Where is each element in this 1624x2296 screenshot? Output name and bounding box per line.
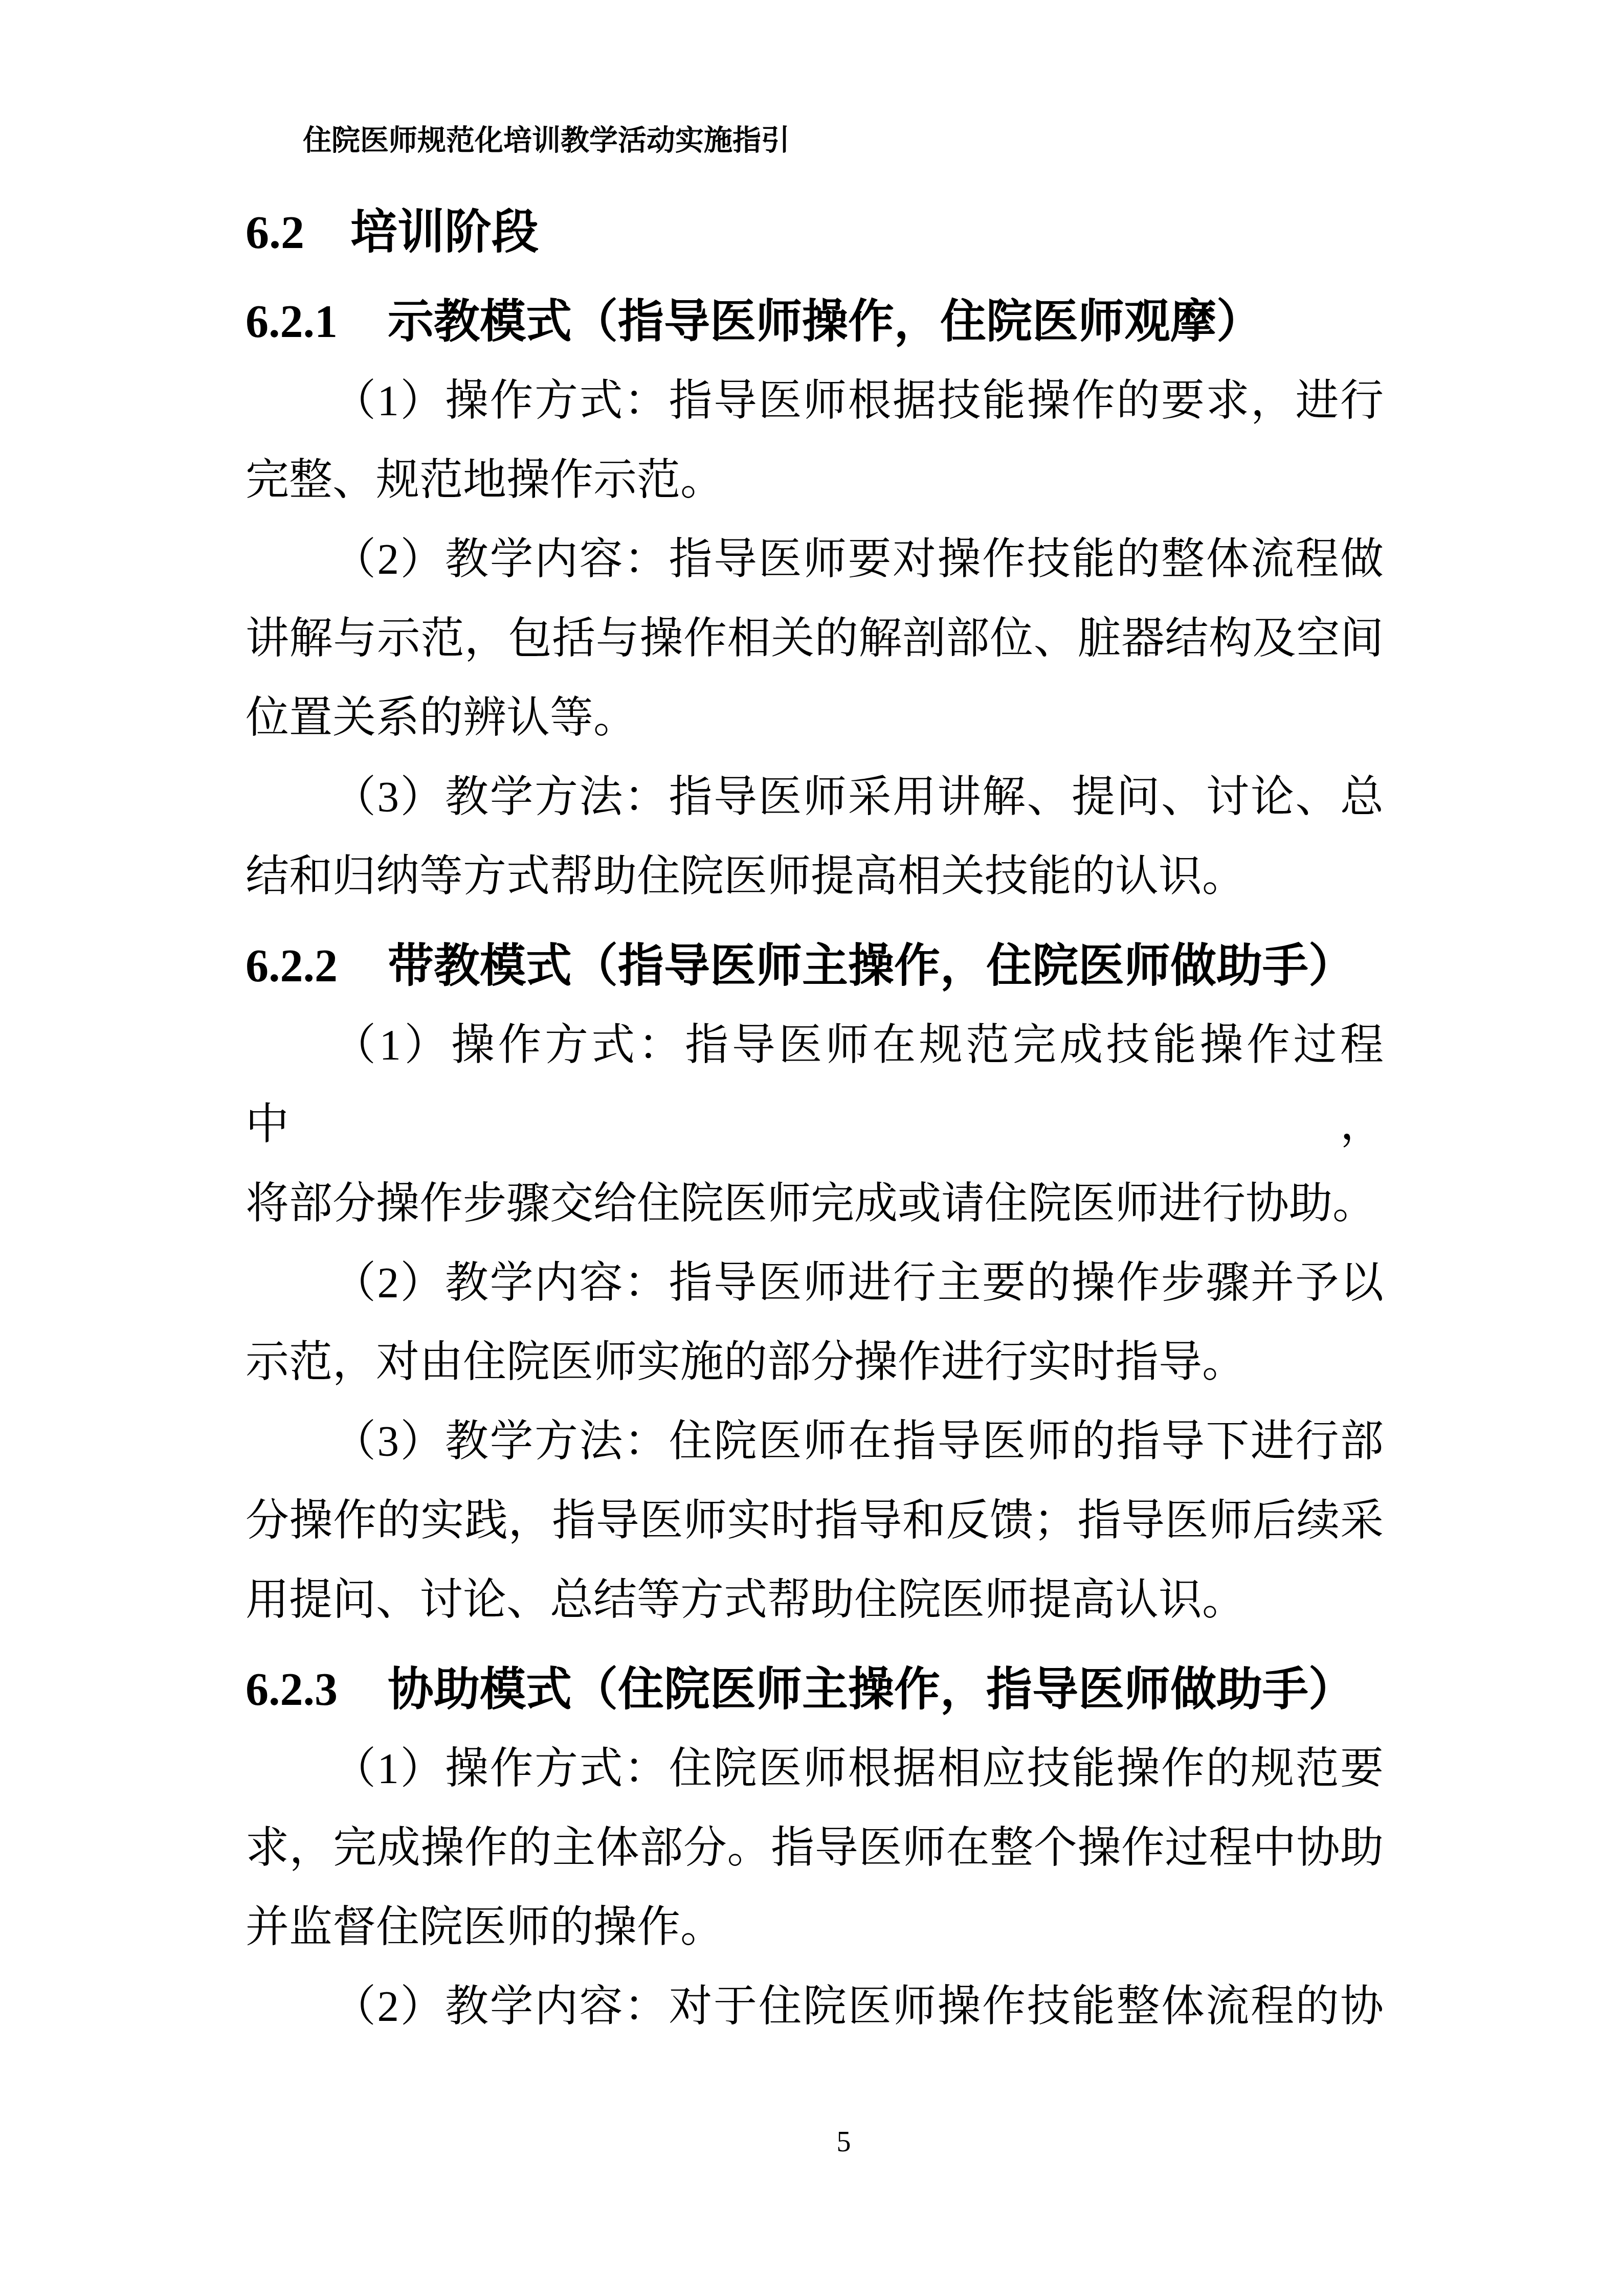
paragraph: （1）操作方式：指导医师根据技能操作的要求，进行完整、规范地操作示范。 [246, 362, 1384, 520]
paragraph-line: 将部分操作步骤交给住院医师完成或请住院医师进行协助。 [246, 1164, 1384, 1244]
paragraph: （2）教学内容：指导医师进行主要的操作步骤并予以示范，对由住院医师实施的部分操作… [246, 1244, 1384, 1402]
heading-title: 培训阶段 [350, 206, 539, 258]
heading-number: 6.2 [246, 206, 304, 258]
heading-number: 6.2.3 [246, 1664, 338, 1715]
heading-number: 6.2.1 [246, 297, 338, 347]
paragraph-line: （3）教学方法：住院医师在指导医师的指导下进行部 [246, 1402, 1384, 1481]
paragraph-line: 完整、规范地操作示范。 [246, 441, 1384, 520]
paragraph: （1）操作方式：住院医师根据相应技能操作的规范要求，完成操作的主体部分。指导医师… [246, 1729, 1384, 1967]
paragraph-line: （1）操作方式：住院医师根据相应技能操作的规范要 [246, 1729, 1384, 1809]
document-page: 住院医师规范化培训教学活动实施指引 6.2培训阶段6.2.1示教模式（指导医师操… [0, 0, 1624, 2296]
paragraph-line: （3）教学方法：指导医师采用讲解、提问、讨论、总 [246, 758, 1384, 837]
heading-title: 带教模式（指导医师主操作，住院医师做助手） [388, 941, 1354, 992]
paragraph-line: 并监督住院医师的操作。 [246, 1888, 1384, 1967]
paragraph-line: （1）操作方式：指导医师根据技能操作的要求，进行 [246, 362, 1384, 441]
paragraph-line: 用提问、讨论、总结等方式帮助住院医师提高认识。 [246, 1561, 1384, 1640]
subsection-heading: 6.2.2带教模式（指导医师主操作，住院医师做助手） [246, 927, 1384, 1006]
subsection-heading: 6.2.1示教模式（指导医师操作，住院医师观摩） [246, 282, 1384, 362]
paragraph-line: （2）教学内容：指导医师进行主要的操作步骤并予以 [246, 1244, 1384, 1323]
paragraph: （3）教学方法：指导医师采用讲解、提问、讨论、总结和归纳等方式帮助住院医师提高相… [246, 758, 1384, 916]
paragraph: （2）教学内容：对于住院医师操作技能整体流程的协 [246, 1967, 1384, 2046]
paragraph-line: 位置关系的辨认等。 [246, 679, 1384, 758]
page-header-title: 住院医师规范化培训教学活动实施指引 [303, 120, 1384, 161]
paragraph-line: （2）教学内容：对于住院医师操作技能整体流程的协 [246, 1967, 1384, 2046]
paragraph: （2）教学内容：指导医师要对操作技能的整体流程做讲解与示范，包括与操作相关的解剖… [246, 520, 1384, 758]
paragraph: （1）操作方式：指导医师在规范完成技能操作过程中，将部分操作步骤交给住院医师完成… [246, 1006, 1384, 1244]
page-number: 5 [837, 2126, 851, 2158]
paragraph: （3）教学方法：住院医师在指导医师的指导下进行部分操作的实践，指导医师实时指导和… [246, 1402, 1384, 1640]
paragraph-line: 分操作的实践，指导医师实时指导和反馈；指导医师后续采 [246, 1481, 1384, 1561]
paragraph-line: 求，完成操作的主体部分。指导医师在整个操作过程中协助 [246, 1809, 1384, 1888]
document-body: 6.2培训阶段6.2.1示教模式（指导医师操作，住院医师观摩）（1）操作方式：指… [246, 193, 1384, 2046]
paragraph-line: （2）教学内容：指导医师要对操作技能的整体流程做 [246, 520, 1384, 599]
section-heading: 6.2培训阶段 [246, 193, 1384, 272]
heading-number: 6.2.2 [246, 941, 338, 992]
paragraph-line: （1）操作方式：指导医师在规范完成技能操作过程中， [246, 1006, 1384, 1164]
heading-title: 示教模式（指导医师操作，住院医师观摩） [388, 297, 1262, 347]
subsection-heading: 6.2.3协助模式（住院医师主操作，指导医师做助手） [246, 1650, 1384, 1729]
paragraph-line: 结和归纳等方式帮助住院医师提高相关技能的认识。 [246, 837, 1384, 916]
paragraph-line: 讲解与示范，包括与操作相关的解剖部位、脏器结构及空间 [246, 599, 1384, 679]
heading-title: 协助模式（住院医师主操作，指导医师做助手） [388, 1664, 1354, 1715]
page-footer: 5 [32, 2126, 1624, 2158]
paragraph-line: 示范，对由住院医师实施的部分操作进行实时指导。 [246, 1323, 1384, 1402]
